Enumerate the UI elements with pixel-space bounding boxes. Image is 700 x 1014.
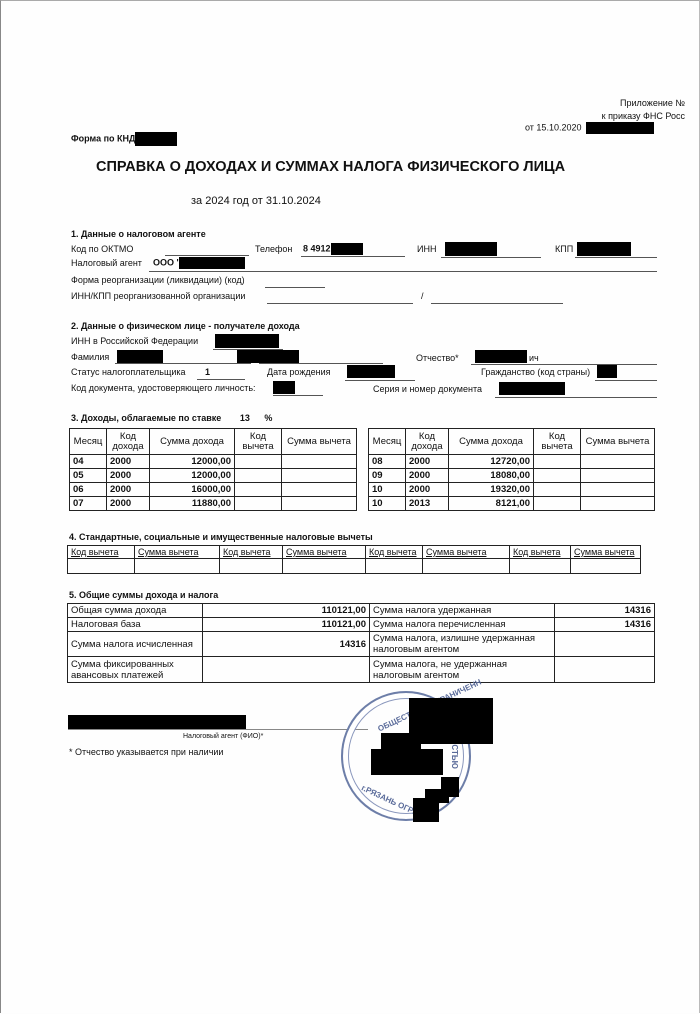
cell-ded-amount: [581, 497, 655, 511]
tax-withheld-value: 14316: [555, 604, 655, 618]
cell-code: 2000: [107, 483, 150, 497]
redaction-block: [347, 365, 395, 378]
cell-month: 05: [70, 469, 107, 483]
table-row: 08200012720,00: [369, 455, 655, 469]
cell-code: 2000: [107, 455, 150, 469]
cell-empty: [135, 559, 220, 574]
cell-ded-amount: [581, 455, 655, 469]
section3-heading: 3. Доходы, облагаемые по ставке 13 %: [71, 413, 272, 423]
doc-code-label: Код документа, удостоверяющего личность:: [71, 383, 256, 393]
doc-series-field: [495, 397, 657, 398]
table-row: Сумма налога исчисленная 14316 Сумма нал…: [68, 632, 655, 657]
person-inn-label: ИНН в Российской Федерации: [71, 336, 198, 346]
tax-rate: 13: [240, 413, 250, 423]
status-field: [197, 379, 245, 380]
agent-label: Налоговый агент: [71, 258, 142, 268]
agent-caption: Налоговый агент (ФИО)*: [183, 733, 263, 740]
total-income-label: Общая сумма дохода: [68, 604, 203, 618]
totals-table: Общая сумма дохода 110121,00 Сумма налог…: [67, 603, 655, 683]
tax-calculated-label: Сумма налога исчисленная: [68, 632, 203, 657]
col-month: Месяц: [369, 429, 406, 455]
cell-month: 10: [369, 483, 406, 497]
tax-base-value: 110121,00: [203, 618, 370, 632]
cell-code: 2013: [406, 497, 449, 511]
birthdate-field: [345, 380, 415, 381]
fixed-advance-label: Сумма фиксированных авансовых платежей: [68, 657, 203, 683]
tax-not-withheld-value: [555, 657, 655, 683]
cell-ded-amount: [282, 483, 357, 497]
oktmo-label: Код по ОКТМО: [71, 244, 133, 254]
income-table-right: Месяц Код дохода Сумма дохода Код вычета…: [368, 428, 655, 511]
cell-ded-code: [534, 469, 581, 483]
reorg-kpp-field: [431, 303, 563, 304]
cell-ded-code: [235, 483, 282, 497]
cell-month: 07: [70, 497, 107, 511]
cell-ded-code: [235, 455, 282, 469]
col-deduction-code: Код вычета: [68, 546, 135, 559]
cell-amount: 16000,00: [150, 483, 235, 497]
total-income-value: 110121,00: [203, 604, 370, 618]
cell-code: 2000: [107, 497, 150, 511]
phone-underline: [301, 256, 405, 257]
fixed-advance-value: [203, 657, 370, 683]
inn-label: ИНН: [417, 244, 436, 254]
cell-amount: 12000,00: [150, 455, 235, 469]
redaction-block: [179, 257, 245, 269]
col-deduction-amount: Сумма вычета: [571, 546, 641, 559]
redaction-block: [499, 382, 565, 395]
redaction-block: [273, 381, 295, 394]
phone-label: Телефон: [255, 244, 292, 254]
redaction-block: [586, 122, 654, 134]
tax-withheld-label: Сумма налога удержанная: [370, 604, 555, 618]
table-row: 04200012000,00: [70, 455, 357, 469]
cell-ded-code: [534, 455, 581, 469]
reorg-inn-label: ИНН/КПП реорганизованной организации: [71, 291, 245, 301]
redaction-block: [117, 350, 163, 363]
cell-empty: [68, 559, 135, 574]
surname-label: Фамилия: [71, 352, 109, 362]
patronymic-suffix: ич: [529, 353, 539, 363]
table-row: 07200011880,00: [70, 497, 357, 511]
appendix-line-2: к приказу ФНС Росс: [602, 111, 685, 121]
table-row: 09200018080,00: [369, 469, 655, 483]
redaction-block: [135, 132, 177, 146]
agent-value: ООО ': [153, 257, 179, 267]
redaction-block: [597, 365, 617, 378]
col-deduction-amount: Сумма вычета: [283, 546, 366, 559]
table-row: 1020138121,00: [369, 497, 655, 511]
col-deduction-amount: Сумма вычета: [135, 546, 220, 559]
cell-empty: [220, 559, 283, 574]
col-income-code: Код дохода: [406, 429, 449, 455]
phone-value: 8 4912: [303, 243, 331, 253]
cell-month: 06: [70, 483, 107, 497]
redaction-block: [577, 242, 631, 256]
col-income-amount: Сумма дохода: [449, 429, 534, 455]
col-income-amount: Сумма дохода: [150, 429, 235, 455]
page-title: СПРАВКА О ДОХОДАХ И СУММАХ НАЛОГА ФИЗИЧЕ…: [96, 159, 565, 175]
surname-field: [115, 363, 251, 364]
cell-ded-code: [235, 497, 282, 511]
table-row: 06200016000,00: [70, 483, 357, 497]
table-row: [68, 559, 641, 574]
redaction-block: [413, 798, 439, 822]
cell-empty: [510, 559, 571, 574]
cell-empty: [283, 559, 366, 574]
col-deduction-code: Код вычета: [534, 429, 581, 455]
tax-overwithheld-value: [555, 632, 655, 657]
col-deduction-amount: Сумма вычета: [423, 546, 510, 559]
table-row: Налоговая база 110121,00 Сумма налога пе…: [68, 618, 655, 632]
cell-empty: [423, 559, 510, 574]
appendix-line-1: Приложение №: [620, 98, 685, 108]
section3-title: 3. Доходы, облагаемые по ставке: [71, 413, 221, 423]
document-page: Приложение № к приказу ФНС Росс от 15.10…: [0, 0, 700, 1013]
cell-amount: 11880,00: [150, 497, 235, 511]
cell-ded-code: [534, 483, 581, 497]
redaction-block: [237, 350, 299, 363]
slash: /: [421, 291, 424, 301]
col-income-code: Код дохода: [107, 429, 150, 455]
cell-ded-code: [534, 497, 581, 511]
cell-code: 2000: [107, 469, 150, 483]
table-row: Общая сумма дохода 110121,00 Сумма налог…: [68, 604, 655, 618]
patronymic-label: Отчество*: [416, 353, 459, 363]
page-subtitle: за 2024 год от 31.10.2024: [191, 195, 321, 207]
cell-month: 08: [369, 455, 406, 469]
appendix-date: от 15.10.2020: [525, 122, 581, 132]
tax-transferred-label: Сумма налога перечисленная: [370, 618, 555, 632]
table-row: 05200012000,00: [70, 469, 357, 483]
col-deduction-code: Код вычета: [235, 429, 282, 455]
redaction-block: [68, 715, 246, 729]
tax-base-label: Налоговая база: [68, 618, 203, 632]
redaction-block: [215, 334, 279, 348]
col-month: Месяц: [70, 429, 107, 455]
section5-heading: 5. Общие суммы дохода и налога: [69, 590, 218, 600]
reorg-form-field: [265, 287, 325, 288]
cell-month: 10: [369, 497, 406, 511]
deductions-table: Код вычета Сумма вычета Код вычета Сумма…: [67, 545, 641, 574]
agent-underline: [149, 271, 657, 272]
cell-ded-amount: [581, 483, 655, 497]
reorg-form-label: Форма реорганизации (ликвидации) (код): [71, 275, 245, 285]
col-deduction-amount: Сумма вычета: [581, 429, 655, 455]
footnote: * Отчество указывается при наличии: [69, 747, 223, 757]
cell-amount: 12000,00: [150, 469, 235, 483]
col-deduction-code: Код вычета: [366, 546, 423, 559]
col-deduction-code: Код вычета: [510, 546, 571, 559]
cell-amount: 19320,00: [449, 483, 534, 497]
cell-code: 2000: [406, 455, 449, 469]
status-label: Статус налогоплательщика: [71, 367, 186, 377]
tax-not-withheld-label: Сумма налога, не удержанная налоговым аг…: [370, 657, 555, 683]
cell-month: 09: [369, 469, 406, 483]
citizenship-field: [595, 380, 657, 381]
cell-amount: 12720,00: [449, 455, 534, 469]
cell-ded-code: [235, 469, 282, 483]
tax-overwithheld-label: Сумма налога, излишне удержанная налогов…: [370, 632, 555, 657]
cell-code: 2000: [406, 483, 449, 497]
redaction-block: [371, 749, 443, 775]
cell-empty: [366, 559, 423, 574]
agent-field: ООО ': [153, 257, 245, 269]
table-row: 10200019320,00: [369, 483, 655, 497]
kpp-field: [575, 257, 657, 258]
cell-ded-amount: [282, 455, 357, 469]
redaction-block: [409, 698, 493, 744]
cell-empty: [571, 559, 641, 574]
redaction-block: [475, 350, 527, 363]
cell-month: 04: [70, 455, 107, 469]
reorg-inn-field: [267, 303, 413, 304]
cell-amount: 18080,00: [449, 469, 534, 483]
redaction-block: [445, 242, 497, 256]
patronymic-field: [471, 364, 657, 365]
table-row: Сумма фиксированных авансовых платежей С…: [68, 657, 655, 683]
knd-label: Форма по КНД: [71, 133, 135, 143]
doc-series-label: Серия и номер документа: [373, 384, 482, 394]
col-deduction-amount: Сумма вычета: [282, 429, 357, 455]
cell-ded-amount: [282, 497, 357, 511]
cell-amount: 8121,00: [449, 497, 534, 511]
section1-heading: 1. Данные о налоговом агенте: [71, 229, 206, 239]
section4-heading: 4. Стандартные, социальные и имущественн…: [69, 532, 373, 542]
signature-line: [68, 729, 368, 730]
citizenship-label: Гражданство (код страны): [481, 367, 590, 377]
oktmo-field: [165, 255, 249, 256]
cell-ded-amount: [282, 469, 357, 483]
appendix-line-3: от 15.10.2020: [525, 122, 654, 134]
inn-field: [441, 257, 541, 258]
knd-form: Форма по КНД: [71, 132, 177, 146]
percent-sign: %: [264, 413, 272, 423]
doc-code-field: [273, 395, 323, 396]
income-table-left: Месяц Код дохода Сумма дохода Код вычета…: [69, 428, 357, 511]
col-deduction-code: Код вычета: [220, 546, 283, 559]
status-value: 1: [205, 367, 210, 377]
kpp-label: КПП: [555, 244, 573, 254]
name-field: [259, 363, 383, 364]
section2-heading: 2. Данные о физическом лице - получателе…: [71, 321, 300, 331]
tax-transferred-value: 14316: [555, 618, 655, 632]
cell-code: 2000: [406, 469, 449, 483]
birthdate-label: Дата рождения: [267, 367, 331, 377]
tax-calculated-value: 14316: [203, 632, 370, 657]
cell-ded-amount: [581, 469, 655, 483]
redaction-block: [331, 243, 363, 255]
phone-field: 8 4912: [303, 243, 363, 255]
